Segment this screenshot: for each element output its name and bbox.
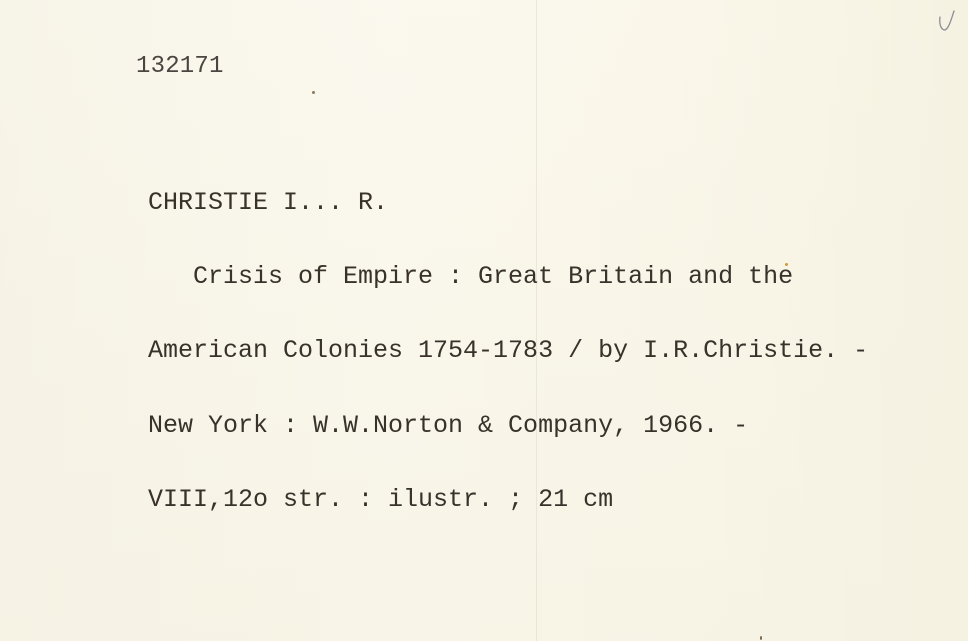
physical-description-line: VIII,12o str. : ilustr. ; 21 cm: [148, 488, 868, 513]
catalog-card: 132171 CHRISTIE I... R. Crisis of Empire…: [0, 0, 968, 641]
paper-speck: [312, 91, 315, 94]
publication-line: New York : W.W.Norton & Company, 1966. -: [148, 414, 868, 439]
title-continuation-line: American Colonies 1754-1783 / by I.R.Chr…: [148, 339, 868, 364]
title-line: Crisis of Empire : Great Britain and the: [148, 265, 868, 290]
paper-speck: [785, 263, 788, 266]
accession-number: 132171: [136, 52, 224, 82]
paper-speck: [760, 636, 762, 640]
check-mark-icon: [937, 8, 957, 36]
bibliographic-entry: CHRISTIE I... R. Crisis of Empire : Grea…: [148, 141, 868, 563]
author-heading: CHRISTIE I... R.: [148, 191, 868, 216]
